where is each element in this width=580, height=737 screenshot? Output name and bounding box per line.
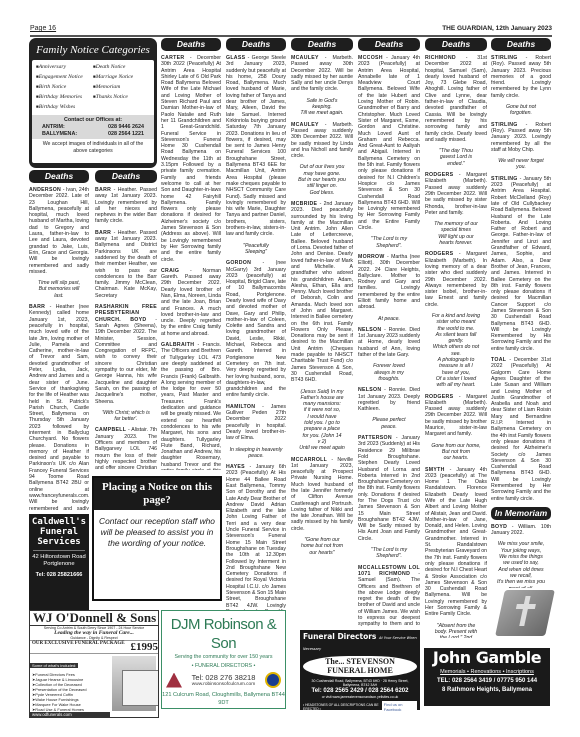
page-number: Page 16 (30, 25, 56, 32)
category-item: Thanks Notice (93, 92, 150, 102)
notice: RASHARKIN FREE PRESBYTERIAN CHURCH. BOYD… (95, 304, 157, 422)
notice: RICHMOND - 31st December 2022 at hospita… (425, 55, 487, 167)
ad-address: 121 Culcrum Road, Cloughmills, Ballymena… (162, 692, 285, 707)
notice: CARTER - December 30th 2022 (Peacefully)… (161, 55, 221, 263)
funeral-home-photo (112, 656, 156, 711)
notice: GORDON - (nee McGarry) 3rd January 2023 … (226, 260, 286, 399)
ad-services: Memorials • Renovations • Inscriptions (424, 669, 550, 675)
notice: HAMILTON - James Gulliver Peden 27th Dec… (226, 404, 286, 459)
notice: ANDERSON - Ivan, 24th December 2022. Lat… (29, 187, 89, 299)
category-item: Death Notice (93, 62, 150, 72)
ad-title: John Gamble (424, 648, 550, 668)
contact-title: Contact our Offices at: (42, 117, 144, 123)
ad-djm-robinson: DJM Robinson & Son Serving the community… (161, 610, 286, 709)
contact-offices: Contact our Offices at: ANTRIM:028 9446 … (32, 115, 154, 139)
notice: TOAL - December 31st 2022 (Peacefully) A… (491, 357, 551, 502)
notice: STIRLING - Robert (Roy). Passed away 5th… (491, 122, 551, 171)
placing-notice-title: Placing a Notice on this page? (94, 478, 220, 510)
column-6: Deaths MCCOSH - January 4th 2023 (Peacef… (358, 38, 420, 626)
category-item: Marriage Notice (93, 72, 150, 82)
notice: BOYD - William. 10th January 2022.We mis… (491, 524, 551, 588)
ad-footer: • HEADSTONES OF ALL DESCRIPTIONS CAN BE … (303, 703, 382, 711)
notice: MCCALLESTOWN LOL 1071 RICHMOND - Samuel … (358, 565, 420, 626)
section-header-deaths: Deaths (29, 170, 89, 183)
ad-serving: Serving the community for over 150 years (162, 654, 285, 660)
ad-website[interactable]: or visit www.jamesstevensonandson.yellsi… (303, 695, 417, 699)
ad-phone: Tel: 028 2565 2429 / 028 2564 6202 (303, 688, 417, 695)
ad-phone: TEL: 028 2564 3419 / 07775 950 144 (424, 678, 550, 684)
section-header-deaths: Deaths (226, 38, 286, 51)
crest-logo-icon (265, 672, 281, 688)
ad-address: 30 Cushendall Road, Ballymena, BT43 6HD … (303, 679, 417, 688)
column-8: Deaths STIRLING - Robert (Roy). Passed a… (491, 38, 551, 588)
ad-address: 42 Hiltonstown Road Portglenone (29, 554, 89, 568)
paper-date: THE GUARDIAN, 12th January 2023 (442, 25, 552, 32)
category-item: Birthday Memories (36, 92, 93, 102)
ad-wj-odonnell: WJ O'Donnell & Sons Serving Co Antrim & … (29, 610, 159, 718)
placing-notice-box: Placing a Notice on this page? Contact o… (92, 476, 222, 601)
ad-title: Services (29, 537, 89, 547)
ad-title: Funeral Directors (303, 632, 376, 641)
notice: NELSON - Ronnie. Died 1st January 2023 s… (358, 327, 420, 382)
ad-address: 8 Rathmore Heights, Ballymena (424, 687, 550, 693)
category-item: Birthday Wishes (36, 102, 93, 112)
notice: BARR - Heather. Passed away 1st January … (95, 187, 157, 225)
notice: RODGERS - Margaret Elizabeth (Marbeth). … (425, 172, 487, 246)
accept-images-note: We accept images of individuals in all o… (36, 141, 150, 154)
notice: PATTERSON - January 3rd 2023 (Suddenly) … (358, 435, 420, 560)
category-item: Engagement Notice (36, 72, 93, 82)
notice: BARR - Heather. Passed away 1st January … (95, 230, 157, 299)
notice: NELSON - Ronnie. Died 1st January 2023. … (358, 387, 420, 430)
ad-title: Caldwell's (29, 517, 89, 527)
notice: SMYTH - January 4th 2023 (peacefully) at… (425, 467, 487, 638)
section-header-in-memoriam: In Memoriam (491, 507, 551, 520)
notice: MCBRIDE - 2nd January 2023. Died peacefu… (291, 201, 353, 452)
ad-john-gamble: John Gamble Memorials • Renovations • In… (424, 648, 550, 706)
ad-name: FUNERAL HOME (303, 667, 417, 676)
ad-phone: Tel: 028 276 38218 (192, 674, 256, 682)
notice: CRAIG - Norman Gareth. Passed away 29th … (161, 268, 221, 337)
notice: CAMPBELL - Alistair. 7th January 2023. T… (95, 427, 157, 470)
notice: RODGERS - Margaret Elizabeth (Marbeth). … (425, 394, 487, 462)
column-5: Deaths MCAULEY - Marbeth. Passed away 30… (291, 38, 353, 626)
column-4: Deaths GLASS - George Steele 3rd January… (226, 38, 286, 610)
category-item: Birth Notice (36, 82, 93, 92)
notice: MORROW - Martha (nee Elliott). 30th Dece… (358, 254, 420, 322)
notice: BARR - Heather (nee Kennedy) called home… (29, 304, 89, 510)
section-header-deaths: Deaths (291, 38, 353, 51)
notice: HAYES - January 6th 2023 (Peacefully) At… (226, 464, 286, 610)
section-header-deaths: Deaths (425, 38, 487, 51)
facebook-icon[interactable]: Find us on Facebook (382, 701, 417, 713)
section-header-deaths: Deaths (358, 38, 420, 51)
ad-included-label: Some of what's included: (30, 663, 78, 668)
notice: GLASS - George Steele 3rd January 2023, … (226, 55, 286, 255)
office-phone: 028 2564 1221 (108, 131, 144, 138)
section-header-deaths: Deaths (95, 170, 157, 183)
notice: MCCARROLL - Neville 1st January 2023, pe… (291, 457, 353, 556)
ad-phone: Tel: 028 25821666 (29, 572, 89, 578)
category-item: Anniversary (36, 62, 93, 72)
notice: RODGERS - Margaret Elizabeth (Marbeth). … (425, 251, 487, 388)
ad-phone: 028 2563 1406 (30, 717, 110, 718)
ad-price: £1995 (131, 641, 159, 653)
notice: GALBRAITH - Francis. The Officers and Br… (161, 342, 221, 470)
placing-notice-body: Contact our reception staff who will be … (94, 510, 220, 549)
section-header-deaths: Deaths (491, 38, 551, 51)
ad-title: WJ O'Donnell & Sons (30, 611, 158, 626)
notice: MCAULEY - Marbeth. Passed away suddenly … (291, 122, 353, 196)
notice: MCCOSH - January 4th 2023 (Peacefully) a… (358, 55, 420, 249)
column-2: Deaths BARR - Heather. Passed away 1st J… (95, 170, 157, 470)
column-7: Deaths RICHMOND - 31st December 2022 at … (425, 38, 487, 638)
bible-cross-icon (495, 590, 555, 636)
family-notice-categories: Family Notice Categories Anniversary Dea… (29, 38, 157, 168)
office-name: BALLYMENA: (42, 131, 77, 138)
notice: MCAULEY - Marbeth. Passed away 30th Dece… (291, 55, 353, 117)
notice: STIRLING - Robert (Roy). Passed away 5th… (491, 55, 551, 117)
column-1: Deaths ANDERSON - Ivan, 24th December 20… (29, 170, 89, 510)
notice: STIRLING - January 5th 2023 (Peacefully)… (491, 176, 551, 352)
triangle-logo-icon (166, 673, 182, 688)
ad-package-label: OUR EXCLUSIVE FUNERAL PACKAGE (32, 641, 125, 653)
ad-website[interactable]: www.robinsonsofculcrum.com (192, 682, 256, 687)
ad-package-items: Funeral Directors FeesJaguar Hearse & Li… (30, 672, 110, 712)
category-list: Anniversary Death Notice Engagement Noti… (36, 62, 150, 112)
column-3: Deaths CARTER - December 30th 2022 (Peac… (161, 38, 221, 470)
category-item: Memoriam (93, 82, 150, 92)
section-header-deaths: Deaths (161, 38, 221, 51)
ad-title: Funeral (29, 527, 89, 537)
ad-stevenson-funeral-home: Funeral Directors At Your Service When N… (300, 630, 420, 710)
categories-title: Family Notice Categories (32, 44, 154, 56)
ad-title: DJM Robinson & Son (162, 615, 285, 653)
page-header: Page 16 THE GUARDIAN, 12th January 2023 (30, 27, 552, 37)
